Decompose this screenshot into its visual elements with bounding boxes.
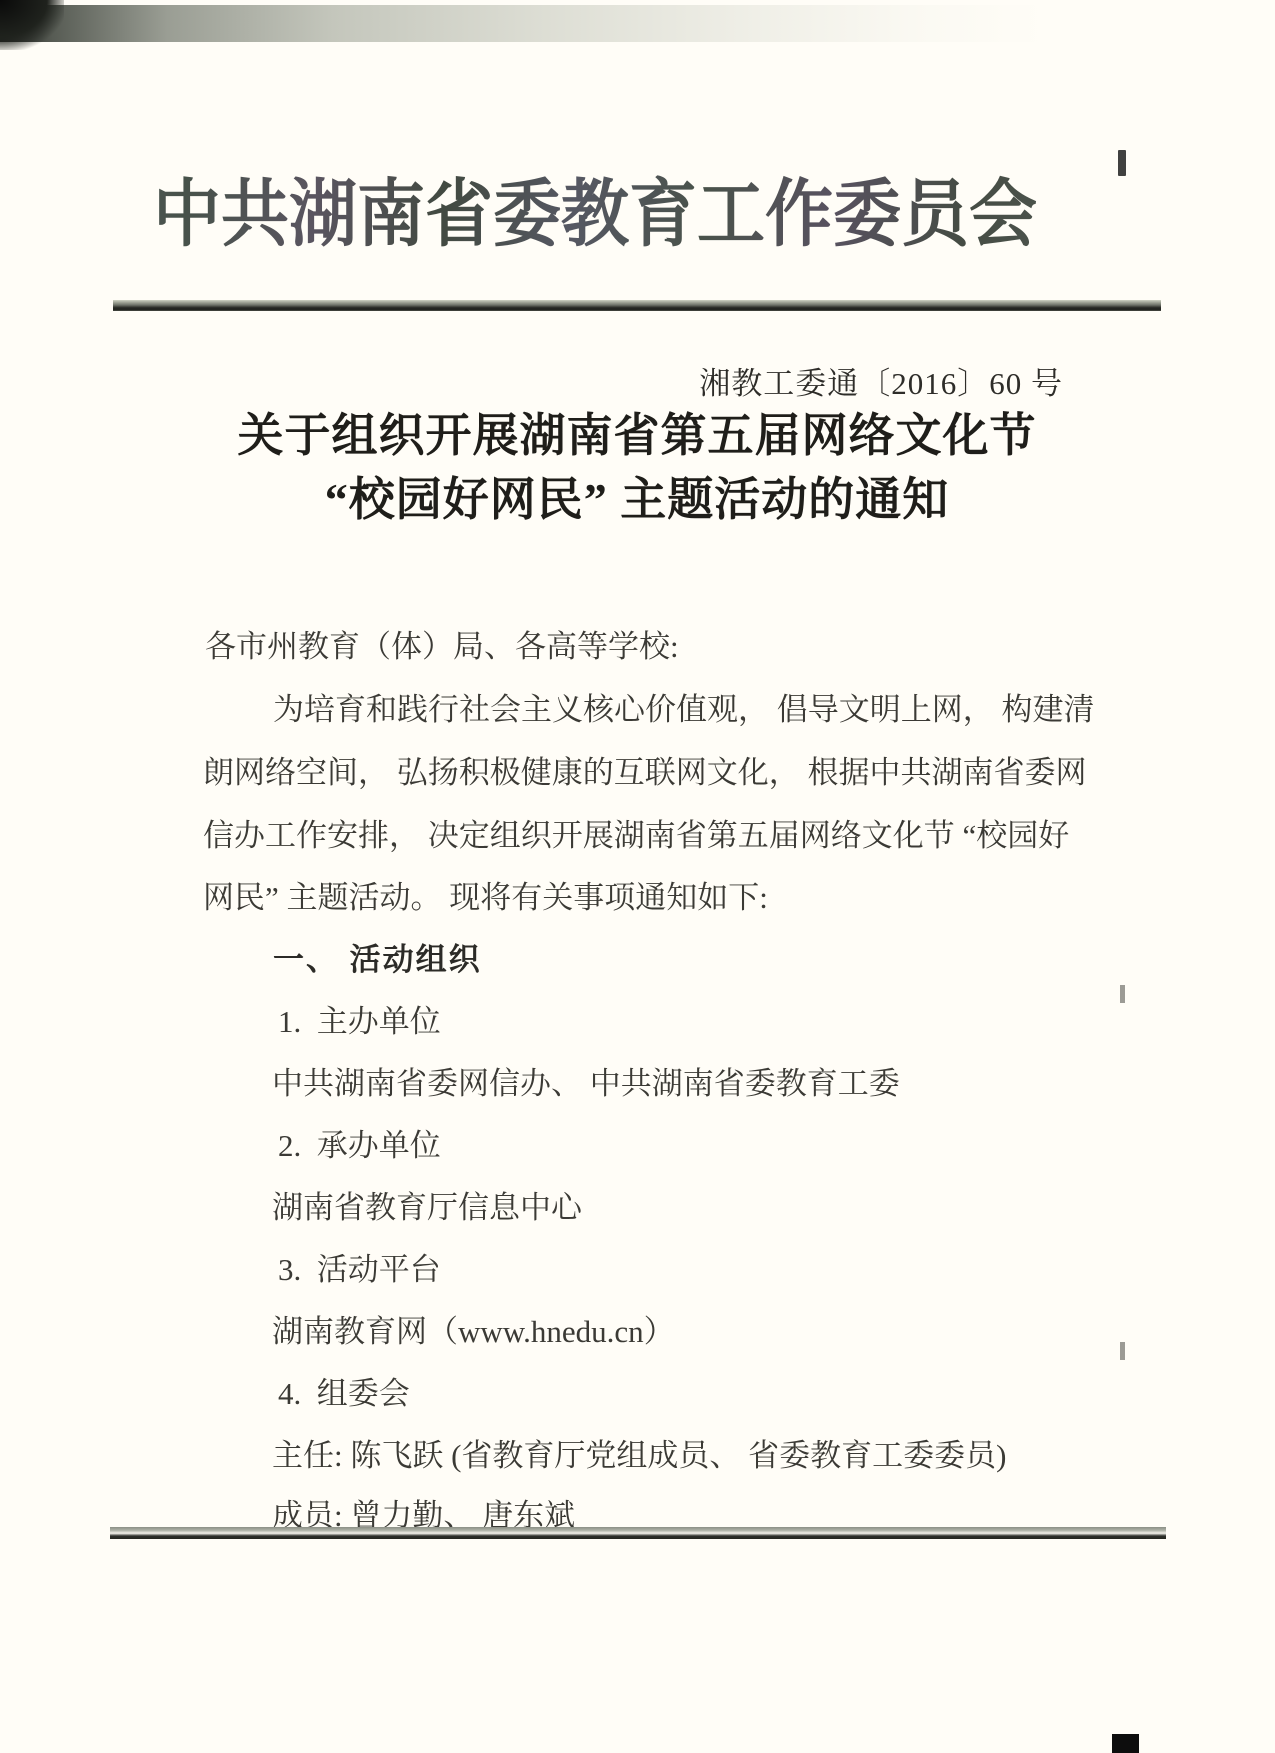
section-heading: 一、 活动组织 (273, 944, 482, 975)
doc-number: 湘教工委通〔2016〕60 号 (113, 358, 1063, 403)
list-line-organizer-content: 湖南省教育厅信息中心 (272, 1192, 582, 1223)
scan-artifact-bottom-right-corner (1112, 1734, 1139, 1753)
scan-artifact-top-band (0, 5, 1045, 42)
document-page: 中共湖南省委教育工作委员会 湘教工委通〔2016〕60 号 关于组织开展湖南省第… (0, 0, 1275, 1753)
body-line-1: 为培育和践行社会主义核心价值观， 倡导文明上网， 构建清 (273, 694, 1095, 725)
body-line-4: 网民” 主题活动。 现将有关事项通知如下: (203, 882, 768, 913)
letterhead-title: 中共湖南省委教育工作委员会 (60, 156, 1130, 261)
scan-artifact-top-left-corner (0, 0, 64, 50)
list-line-committee-label: 4. 组委会 (278, 1378, 410, 1409)
list-line-organizer-label: 2. 承办单位 (278, 1130, 441, 1161)
scan-artifact-right-edge-mark (1120, 985, 1125, 1003)
footer-rule (110, 1527, 1166, 1539)
list-line-platform-content: 湖南教育网（www.hnedu.cn） (272, 1316, 675, 1347)
salutation: 各市州教育（体）局、各高等学校: (205, 631, 679, 662)
list-line-committee-director: 主任: 陈飞跃 (省教育厅党组成员、 省委教育工委委员) (272, 1440, 1007, 1471)
doc-title-line-2: “校园好网民” 主题活动的通知 (6, 463, 1268, 529)
list-line-host-label: 1. 主办单位 (278, 1006, 441, 1037)
list-line-host-content: 中共湖南省委网信办、 中共湖南省委教育工委 (272, 1068, 900, 1099)
body-line-2: 朗网络空间， 弘扬积极健康的互联网文化， 根据中共湖南省委网 (203, 757, 1087, 788)
scan-artifact-right-edge-mark (1120, 1342, 1125, 1360)
doc-title-line-1: 关于组织开展湖南省第五届网络文化节 (6, 399, 1268, 465)
letterhead-rule (113, 300, 1161, 311)
body-line-3: 信办工作安排， 决定组织开展湖南省第五届网络文化节 “校园好 (203, 820, 1069, 851)
list-line-platform-label: 3. 活动平台 (278, 1254, 441, 1285)
